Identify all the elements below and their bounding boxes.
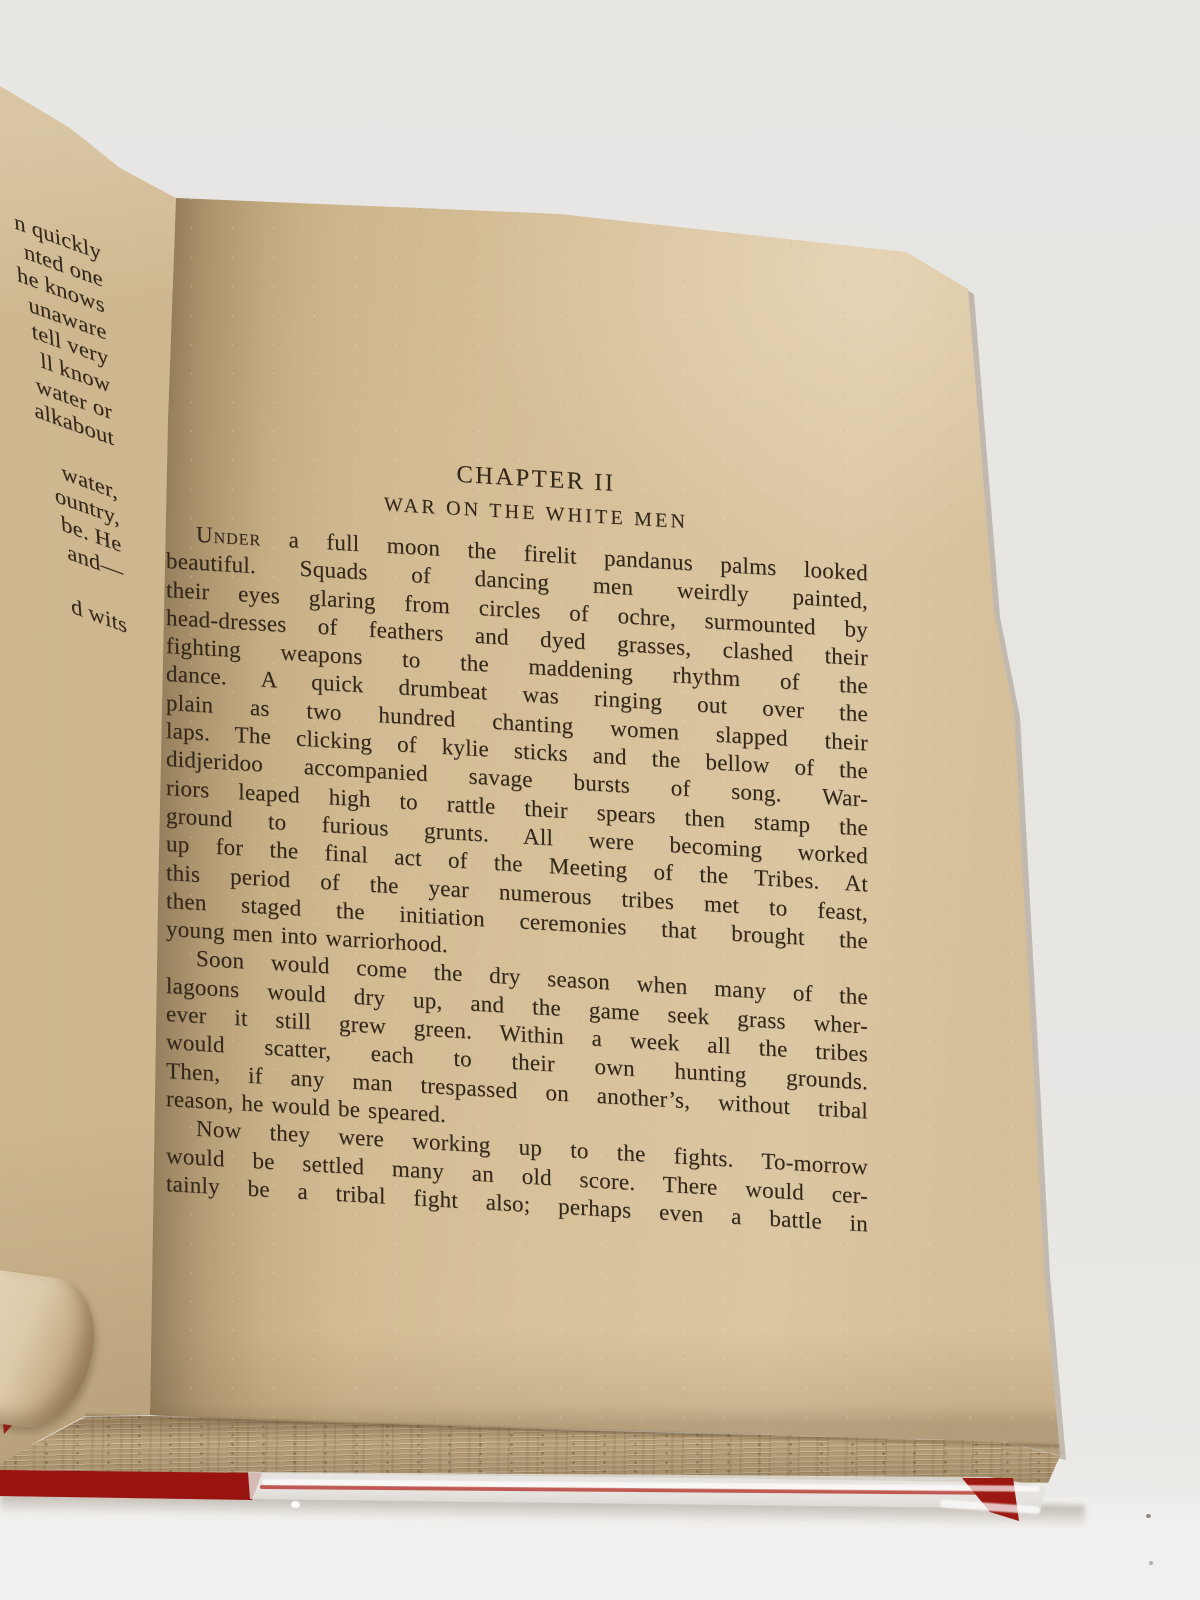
jacket-gloss-dot [291, 1501, 300, 1508]
body-text: Under a full moon the firelit pandanus p… [166, 519, 868, 1239]
paragraph-1-lead-word: Under [196, 522, 261, 551]
table-speck [1149, 1561, 1153, 1565]
paragraph-1-lines: a full moon the firelit pandanus palms l… [166, 525, 868, 953]
book-photo-scene: n quickly nted one he knows unaware tell… [0, 0, 1200, 1600]
page-text-block: CHAPTER II WAR ON THE WHITE MEN Under a … [166, 445, 868, 1239]
paragraph-1: Under a full moon the firelit pandanus p… [166, 519, 868, 984]
table-speck [1146, 1514, 1151, 1518]
